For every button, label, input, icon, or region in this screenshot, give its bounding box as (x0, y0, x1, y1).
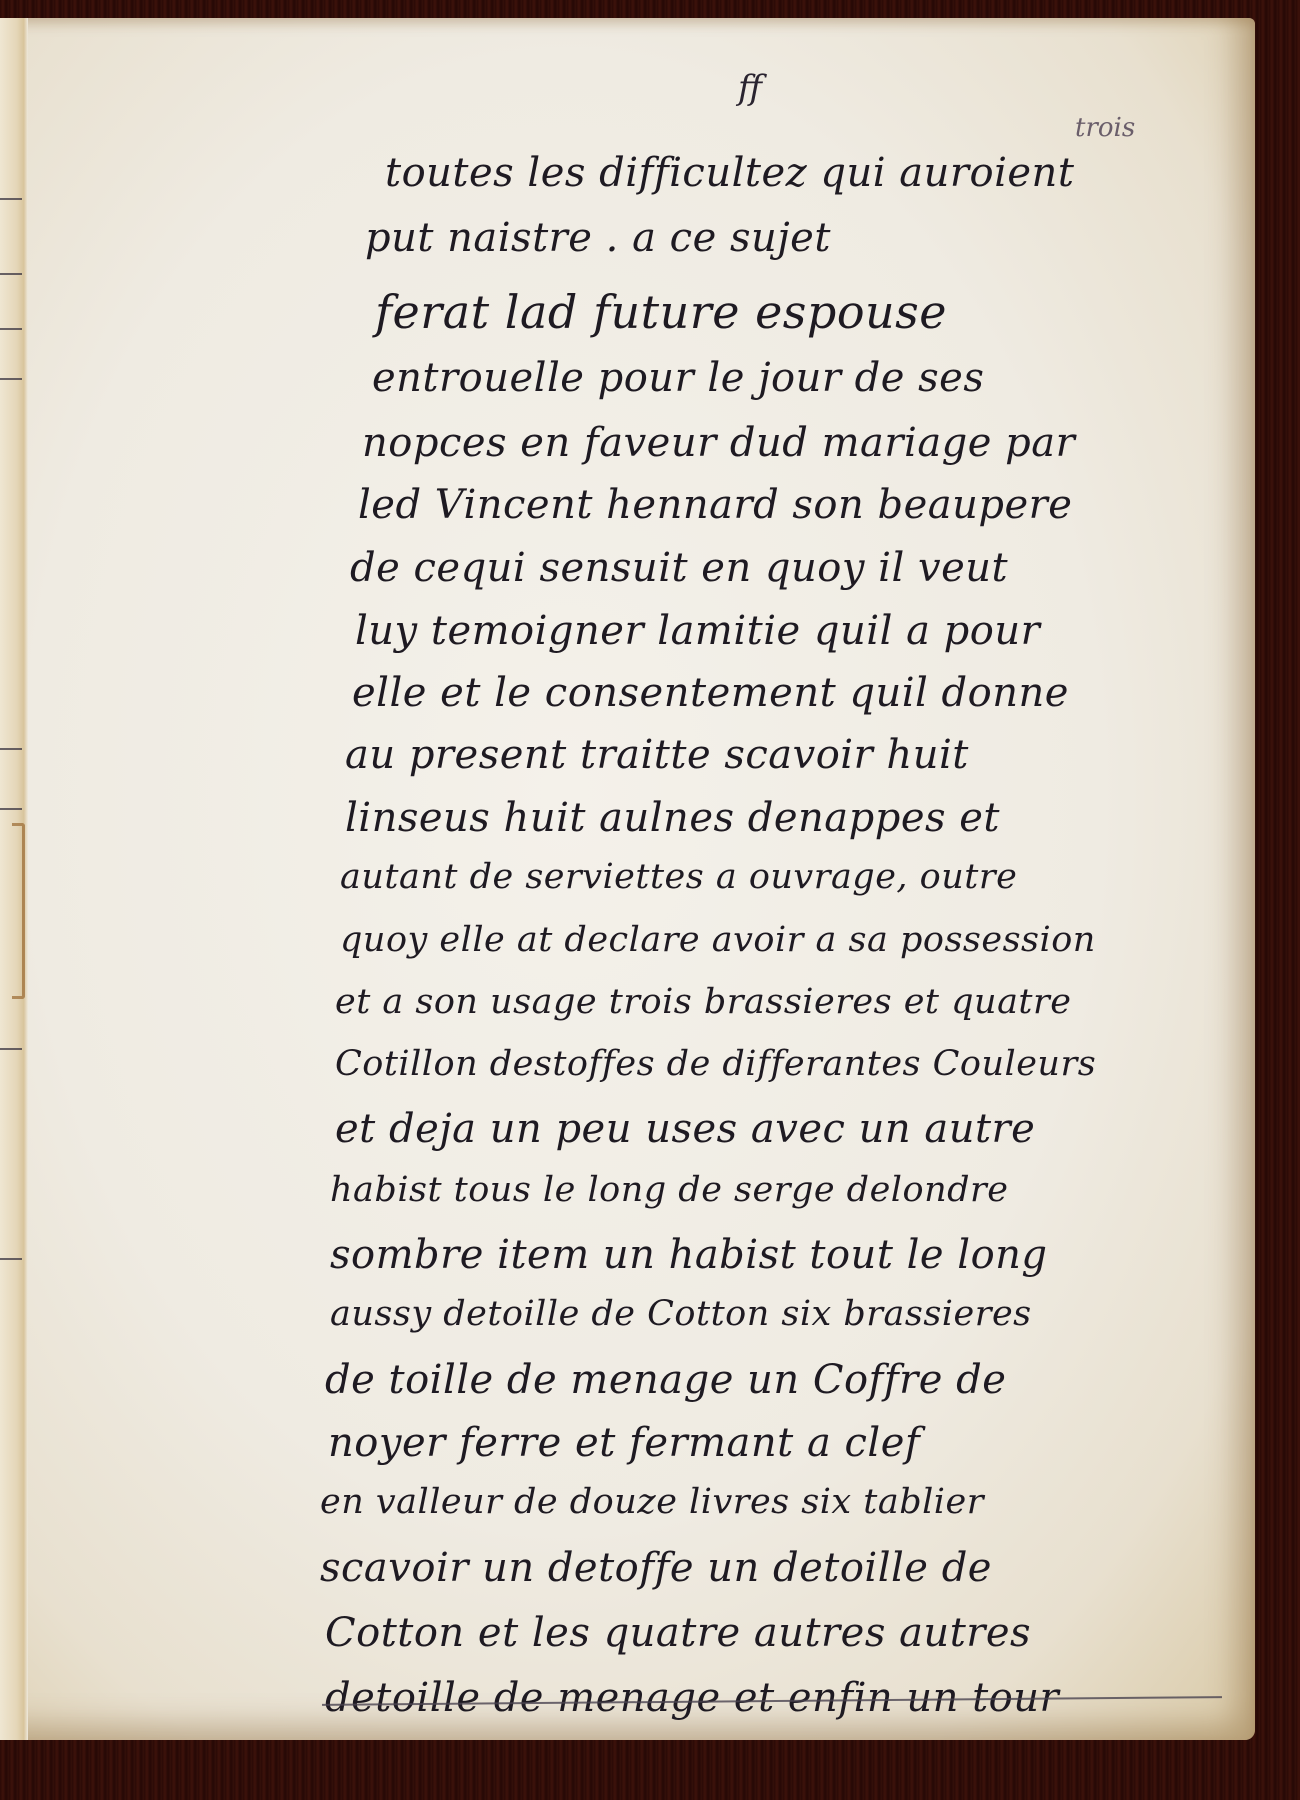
text-line: aussy detoille de Cotton six brassieres (330, 1294, 1032, 1334)
prev-page-ink-mark (0, 808, 22, 810)
prev-page-ink-mark (0, 198, 22, 200)
text-line: et deja un peu uses avec un autre (335, 1106, 1035, 1152)
page-number-word: trois (1075, 113, 1135, 143)
text-line: led Vincent hennard son beaupere (358, 482, 1072, 528)
text-line: et a son usage trois brassieres et quatr… (335, 982, 1071, 1022)
text-line: put naistre . a ce sujet (365, 215, 831, 261)
binding-gutter (0, 18, 28, 1740)
binding-stain (12, 823, 25, 999)
text-line: luy temoigner lamitie quil a pour (355, 608, 1040, 654)
folio-mark: ff (738, 68, 762, 108)
text-line: au present traitte scavoir huit (345, 732, 969, 778)
text-line: sombre item un habist tout le long (330, 1232, 1048, 1278)
text-line: entrouelle pour le jour de ses (372, 355, 984, 401)
prev-page-ink-mark (0, 328, 22, 330)
prev-page-ink-mark (0, 1048, 22, 1050)
text-line: habist tous le long de serge delondre (330, 1170, 1008, 1210)
manuscript-page: ff trois toutes les difficultez qui auro… (0, 18, 1255, 1740)
text-line: autant de serviettes a ouvrage, outre (340, 857, 1017, 897)
prev-page-ink-mark (0, 748, 22, 750)
text-line: nopces en faveur dud mariage par (362, 420, 1075, 466)
text-line: Cotillon destoffes de differantes Couleu… (335, 1044, 1096, 1084)
text-line: Cotton et les quatre autres autres (325, 1610, 1031, 1656)
text-line: quoy elle at declare avoir a sa possessi… (340, 920, 1096, 960)
text-line: en valleur de douze livres six tablier (320, 1482, 984, 1522)
prev-page-ink-mark (0, 378, 22, 380)
text-line: de toille de menage un Coffre de (325, 1357, 1006, 1403)
prev-page-ink-mark (0, 273, 22, 275)
text-line: de cequi sensuit en quoy il veut (350, 545, 1008, 591)
text-line: linseus huit aulnes denappes et (345, 795, 1000, 841)
text-line: noyer ferre et fermant a clef (328, 1420, 920, 1466)
prev-page-ink-mark (0, 1258, 22, 1260)
text-line: scavoir un detoffe un detoille de (320, 1545, 992, 1591)
text-line: elle et le consentement quil donne (352, 670, 1069, 716)
text-line: toutes les difficultez qui auroient (385, 150, 1074, 196)
text-line: ferat lad future espouse (375, 285, 947, 339)
